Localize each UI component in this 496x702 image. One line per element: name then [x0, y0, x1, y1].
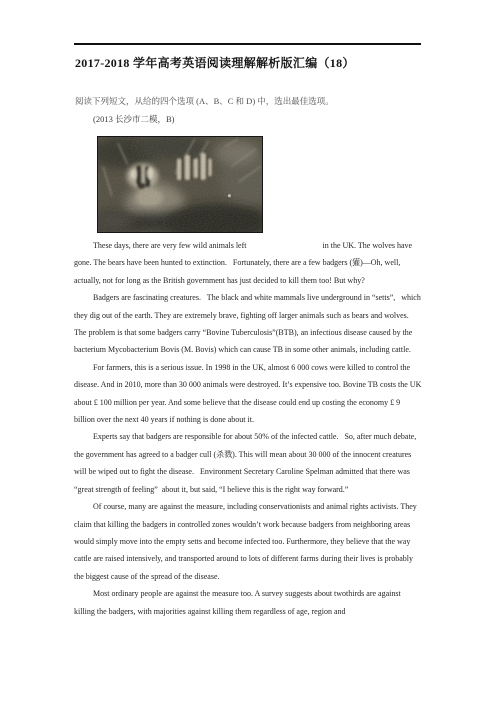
document-page: 2017-2018 学年高考英语阅读理解解析版汇编（18） 阅读下列短文，从给的…: [0, 0, 496, 702]
header-divider: [74, 43, 421, 45]
page-title: 2017-2018 学年高考英语阅读理解解析版汇编（18）: [75, 54, 435, 71]
paragraph-4: Experts say that badgers are responsible…: [74, 428, 422, 498]
badgers-photo: [97, 136, 263, 233]
source-note: (2013 长沙市二模，B): [93, 113, 174, 125]
paragraph-3: For farmers, this is a serious issue. In…: [74, 359, 422, 429]
paragraph-2: Badgers are fascinating creatures. The b…: [74, 289, 422, 359]
paragraph-6: Most ordinary people are against the mea…: [74, 585, 422, 620]
paragraph-1-before-gap: These days, there are very few wild anim…: [93, 241, 247, 250]
text-gap-spacer: [247, 247, 323, 248]
paragraph-1: These days, there are very few wild anim…: [74, 237, 422, 289]
article-body: These days, there are very few wild anim…: [74, 237, 422, 620]
paragraph-5: Of course, many are against the measure,…: [74, 498, 422, 585]
instruction-text: 阅读下列短文，从给的四个选项 (A、B、C 和 D) 中，选出最佳选项。: [75, 95, 415, 107]
badgers-photo-illustration: [98, 137, 262, 232]
